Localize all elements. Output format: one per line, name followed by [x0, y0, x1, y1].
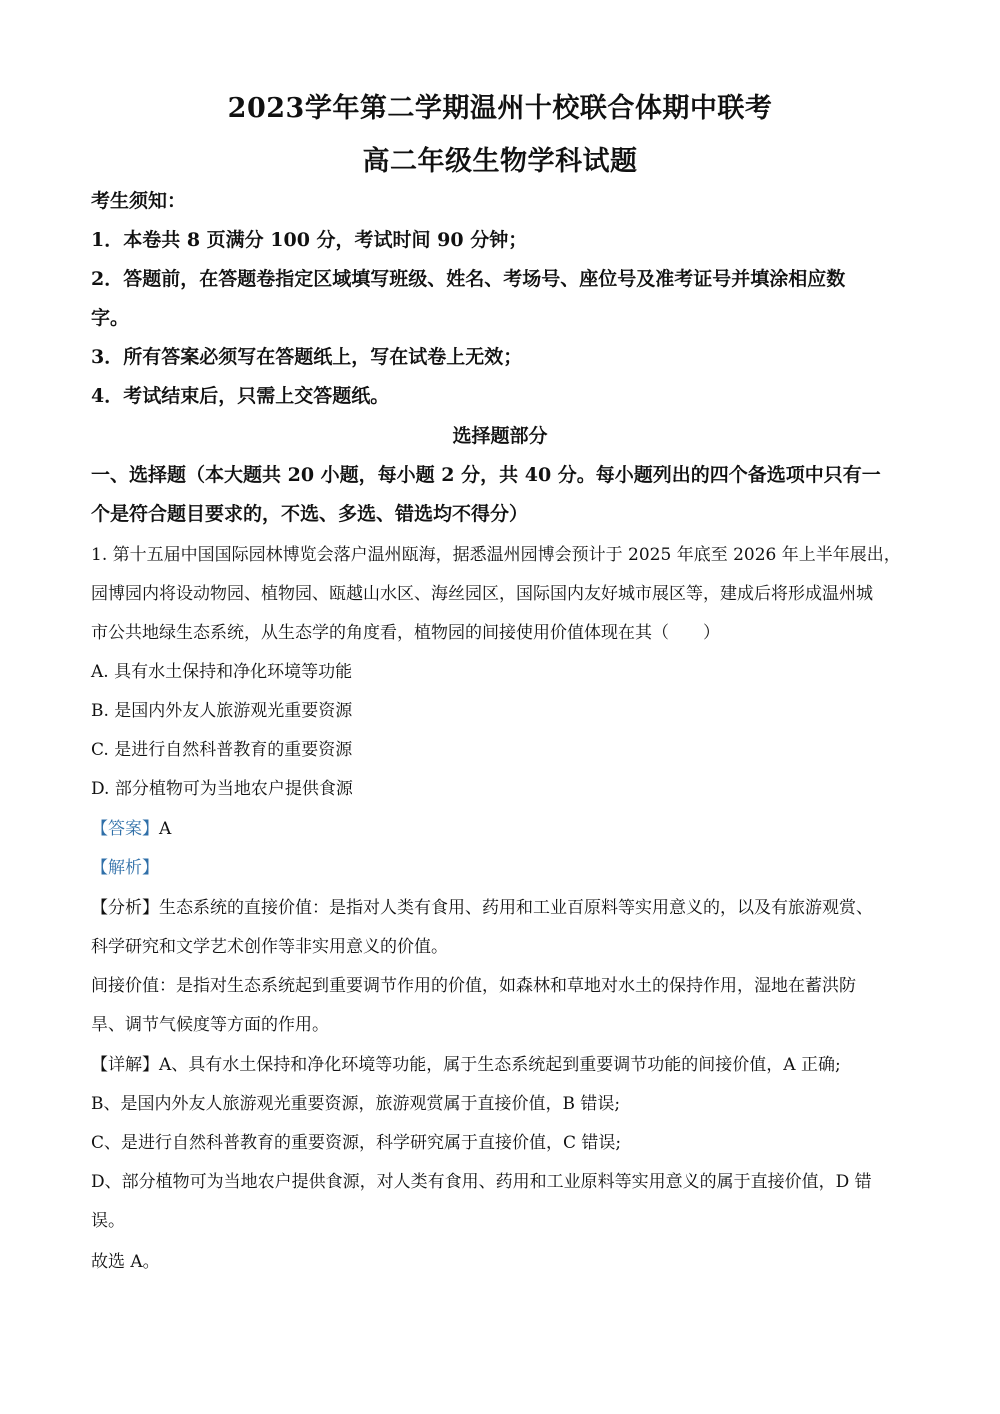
answer-label: 【答案】 — [91, 819, 159, 839]
option-d: D. 部分植物可为当地农户提供食源 — [91, 778, 911, 800]
analysis-label: 【解析】 — [91, 857, 911, 879]
notice-item: 1．本卷共 8 页满分 100 分，考试时间 90 分钟； — [91, 229, 911, 251]
conclusion-text: 故选 A。 — [91, 1251, 911, 1273]
notice-item: 2．答题前，在答题卷指定区域填写班级、姓名、考场号、座位号及准考证号并填涂相应数 — [91, 268, 911, 290]
question-stem: 园博园内将设动物园、植物园、瓯越山水区、海丝园区，国际国内友好城市展区等，建成后… — [91, 583, 911, 605]
detail-text: B、是国内外友人旅游观光重要资源，旅游观赏属于直接价值，B 错误; — [91, 1093, 911, 1115]
option-b: B. 是国内外友人旅游观光重要资源 — [91, 700, 911, 722]
detail-text: C、是进行自然科普教育的重要资源，科学研究属于直接价值，C 错误; — [91, 1132, 911, 1154]
question-stem: 1. 第十五届中国国际园林博览会落户温州瓯海，据悉温州园博会预计于 2025 年… — [91, 544, 911, 566]
analysis-text: 旱、调节气候度等方面的作用。 — [91, 1014, 911, 1036]
analysis-text: 科学研究和文学艺术创作等非实用意义的价值。 — [91, 936, 911, 958]
notice-heading: 考生须知： — [91, 190, 911, 212]
answer-value: A — [159, 819, 171, 839]
detail-text: 误。 — [91, 1210, 911, 1232]
exam-subtitle: 高二年级生物学科试题 — [0, 139, 1000, 178]
section-heading: 选择题部分 — [0, 425, 1000, 447]
answer-line: 【答案】A — [91, 818, 911, 840]
option-a: A. 具有水土保持和净化环境等功能 — [91, 661, 911, 683]
exam-page: 2023学年第二学期温州十校联合体期中联考 高二年级生物学科试题 考生须知： 1… — [0, 0, 1000, 1414]
question-stem: 市公共地绿生态系统，从生态学的角度看，植物园的间接使用价值体现在其（ ） — [91, 622, 911, 644]
section-instructions: 个是符合题目要求的，不选、多选、错选均不得分） — [91, 503, 911, 525]
notice-item: 3．所有答案必须写在答题纸上，写在试卷上无效； — [91, 346, 911, 368]
option-c: C. 是进行自然科普教育的重要资源 — [91, 739, 911, 761]
analysis-text: 【分析】生态系统的直接价值：是指对人类有食用、药用和工业百原料等实用意义的，以及… — [91, 897, 911, 919]
section-instructions: 一、选择题（本大题共 20 小题，每小题 2 分，共 40 分。每小题列出的四个… — [91, 464, 911, 486]
detail-text: D、部分植物可为当地农户提供食源，对人类有食用、药用和工业原料等实用意义的属于直… — [91, 1171, 911, 1193]
analysis-text: 间接价值：是指对生态系统起到重要调节作用的价值，如森林和草地对水土的保持作用，湿… — [91, 975, 911, 997]
notice-item: 字。 — [91, 307, 911, 329]
exam-title: 2023学年第二学期温州十校联合体期中联考 — [0, 86, 1000, 125]
detail-text: 【详解】A、具有水土保持和净化环境等功能，属于生态系统起到重要调节功能的间接价值… — [91, 1054, 911, 1076]
notice-item: 4．考试结束后，只需上交答题纸。 — [91, 385, 911, 407]
